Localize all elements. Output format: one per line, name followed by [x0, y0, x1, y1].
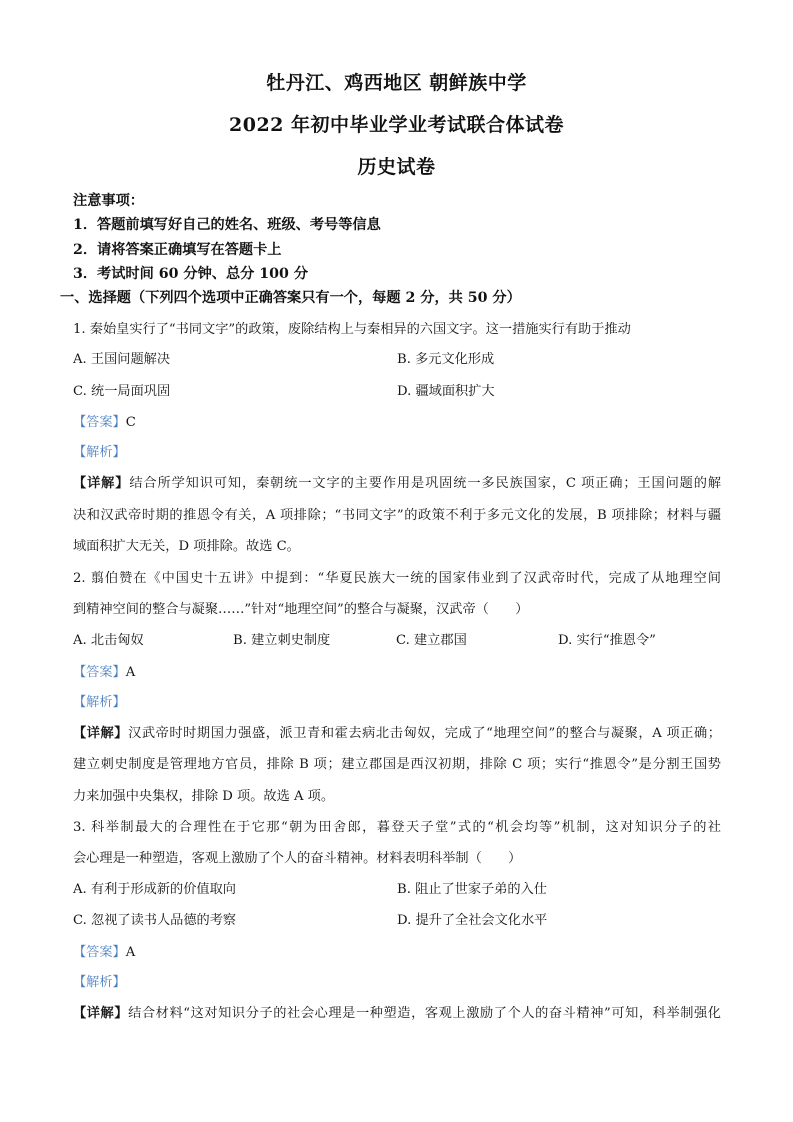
question-2-analysis: 【解析】 — [73, 691, 126, 710]
question-2-answer: 【答案】A — [73, 661, 135, 680]
question-3-option-b: B. 阻止了世家子弟的入仕 — [397, 878, 547, 897]
question-2-detail-line-3: 力来加强中央集权，排除 D 项。故选 A 项。 — [73, 785, 334, 804]
question-1-option-b: B. 多元文化形成 — [397, 348, 494, 367]
section-title: 一、选择题（下列四个选项中正确答案只有一个，每题 2 分，共 50 分） — [60, 287, 521, 307]
question-3-option-a: A. 有利于形成新的价值取向 — [73, 878, 236, 897]
question-3-stem-line-1: 3. 科举制最大的合理性在于它那“朝为田舍郎，暮登天子堂”式的“机会均等”机制，… — [73, 816, 721, 835]
answer-label: 【答案】 — [73, 665, 126, 680]
exam-page: 牡丹江、鸡西地区 朝鲜族中学 2022 年初中毕业学业考试联合体试卷 历史试卷 … — [0, 0, 793, 1122]
notice-title: 注意事项： — [73, 190, 144, 210]
analysis-label: 【解析】 — [73, 445, 126, 460]
question-2-stem-line-2: 到精神空间的整合与凝聚……”针对“地理空间”的整合与凝聚，汉武帝（ ） — [73, 598, 528, 617]
question-1-option-d: D. 疆域面积扩大 — [397, 380, 495, 399]
detail-label: 【详解】 — [73, 726, 128, 741]
question-1-detail-line-1: 【详解】结合所学知识可知，秦朝统一文字的主要作用是巩固统一多民族国家，C 项正确… — [73, 472, 721, 491]
question-2-option-b: B. 建立刺史制度 — [233, 629, 330, 648]
question-2-option-d: D. 实行“推恩令” — [558, 629, 656, 648]
answer-value: C — [126, 415, 136, 430]
question-1-answer: 【答案】C — [73, 411, 136, 430]
question-3-option-d: D. 提升了全社会文化水平 — [397, 909, 547, 928]
question-3-answer: 【答案】A — [73, 941, 135, 960]
question-1-detail-line-3: 域面积扩大无关，D 项排除。故选 C。 — [73, 535, 300, 554]
question-1-option-a: A. 王国问题解决 — [73, 348, 170, 367]
subject-title: 历史试卷 — [0, 152, 793, 179]
school-title: 牡丹江、鸡西地区 朝鲜族中学 — [0, 68, 793, 95]
detail-label: 【详解】 — [73, 476, 129, 491]
answer-value: A — [126, 945, 136, 960]
question-1-analysis: 【解析】 — [73, 441, 126, 460]
question-2-detail-line-1: 【详解】汉武帝时时期国力强盛，派卫青和霍去病北击匈奴，完成了“地理空间”的整合与… — [73, 722, 721, 741]
detail-label: 【详解】 — [73, 1006, 128, 1021]
question-1-stem: 1. 秦始皇实行了“书同文字”的政策，废除结构上与秦相异的六国文字。这一措施实行… — [73, 318, 631, 337]
question-3-option-c: C. 忽视了读书人品德的考察 — [73, 909, 236, 928]
answer-value: A — [126, 665, 136, 680]
question-1-detail-line-2: 决和汉武帝时期的推恩令有关，A 项排除；“书同文字”的政策不利于多元文化的发展，… — [73, 504, 721, 523]
question-2-option-c: C. 建立郡国 — [396, 629, 467, 648]
analysis-label: 【解析】 — [73, 975, 126, 990]
question-2-option-a: A. 北击匈奴 — [73, 629, 144, 648]
question-3-stem-line-2: 会心理是一种塑造，客观上激励了个人的奋斗精神。材料表明科举制（ ） — [73, 847, 521, 866]
question-2-detail-line-2: 建立刺史制度是管理地方官员，排除 B 项；建立郡国是西汉初期，排除 C 项；实行… — [73, 753, 721, 772]
question-3-analysis: 【解析】 — [73, 971, 126, 990]
exam-title: 2022 年初中毕业学业考试联合体试卷 — [0, 110, 793, 137]
analysis-label: 【解析】 — [73, 695, 126, 710]
notice-item-3: 3．考试时间 60 分钟、总分 100 分 — [73, 263, 308, 283]
answer-label: 【答案】 — [73, 945, 126, 960]
question-2-stem-line-1: 2. 翦伯赞在《中国史十五讲》中提到：“华夏民族大一统的国家伟业到了汉武帝时代，… — [73, 567, 721, 586]
notice-item-2: 2．请将答案正确填写在答题卡上 — [73, 239, 282, 259]
answer-label: 【答案】 — [73, 415, 126, 430]
question-1-option-c: C. 统一局面巩固 — [73, 380, 170, 399]
question-3-detail-line-1: 【详解】结合材料“这对知识分子的社会心理是一种塑造，客观上激励了个人的奋斗精神”… — [73, 1002, 721, 1021]
notice-item-1: 1．答题前填写好自己的姓名、班级、考号等信息 — [73, 214, 381, 234]
